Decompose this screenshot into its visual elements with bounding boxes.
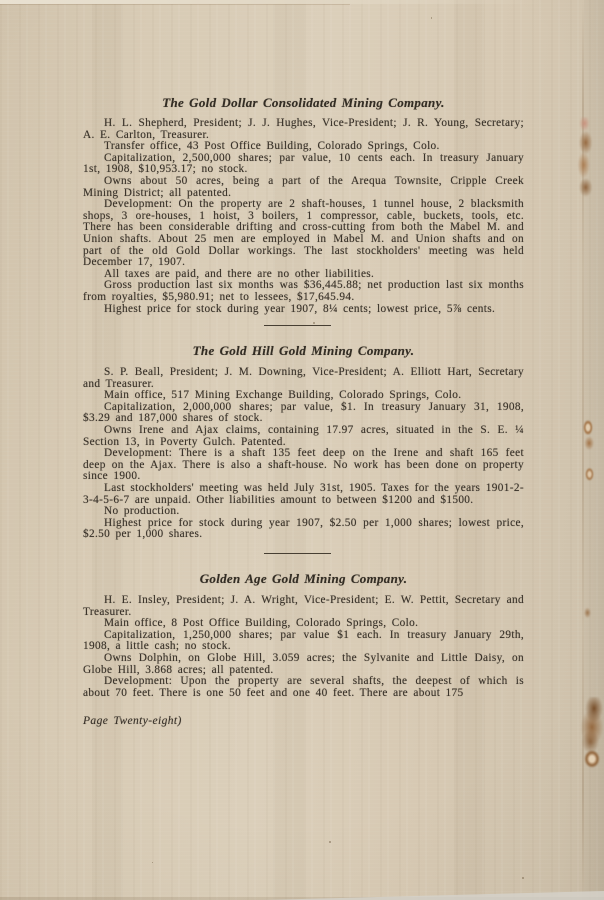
section-divider bbox=[264, 553, 331, 554]
section-golden-age: Golden Age Gold Mining Company. H. E. In… bbox=[83, 572, 524, 699]
body-paragraph: H. E. Insley, President; J. A. Wright, V… bbox=[83, 595, 524, 618]
body-paragraph: H. L. Shepherd, President; J. J. Hughes,… bbox=[83, 118, 524, 141]
page-number-footer: Page Twenty-eight) bbox=[83, 715, 524, 728]
body-paragraph: Development: There is a shaft 135 feet d… bbox=[83, 448, 524, 483]
section-divider bbox=[264, 325, 331, 326]
body-paragraph: Development: On the property are 2 shaft… bbox=[83, 199, 524, 269]
paper-speck bbox=[329, 841, 331, 843]
body-paragraph: Gross production last six months was $36… bbox=[83, 280, 524, 303]
body-paragraph: Owns about 50 acres, being a part of the… bbox=[83, 176, 524, 199]
scanned-book-page: The Gold Dollar Consolidated Mining Comp… bbox=[0, 0, 604, 900]
body-paragraph: Capitalization, 1,250,000 shares; par va… bbox=[83, 630, 524, 653]
body-paragraph: Owns Dolphin, on Globe Hill, 3.059 acres… bbox=[83, 653, 524, 676]
section-title: The Gold Dollar Consolidated Mining Comp… bbox=[83, 96, 524, 110]
body-paragraph: Capitalization, 2,500,000 shares; par va… bbox=[83, 153, 524, 176]
section-title: Golden Age Gold Mining Company. bbox=[83, 572, 524, 586]
paper-speck bbox=[522, 877, 524, 879]
paper-speck bbox=[152, 862, 153, 863]
body-paragraph: Owns Irene and Ajax claims, containing 1… bbox=[83, 425, 524, 448]
body-paragraph: Development: Upon the property are sever… bbox=[83, 676, 524, 699]
section-title: The Gold Hill Gold Mining Company. bbox=[83, 344, 524, 358]
body-paragraph: Last stockholders' meeting was held July… bbox=[83, 483, 524, 506]
body-paragraph: Capitalization, 2,000,000 shares; par va… bbox=[83, 402, 524, 425]
text-column: The Gold Dollar Consolidated Mining Comp… bbox=[83, 0, 524, 728]
body-paragraph: Highest price for stock during year 1907… bbox=[83, 304, 524, 316]
page-right-margin bbox=[584, 0, 604, 900]
body-paragraph: Highest price for stock during year 1907… bbox=[83, 518, 524, 541]
scan-background-wedge bbox=[264, 891, 604, 900]
section-gold-dollar: The Gold Dollar Consolidated Mining Comp… bbox=[83, 96, 524, 315]
body-paragraph: S. P. Beall, President; J. M. Downing, V… bbox=[83, 367, 524, 390]
section-gold-hill: The Gold Hill Gold Mining Company. S. P.… bbox=[83, 344, 524, 541]
